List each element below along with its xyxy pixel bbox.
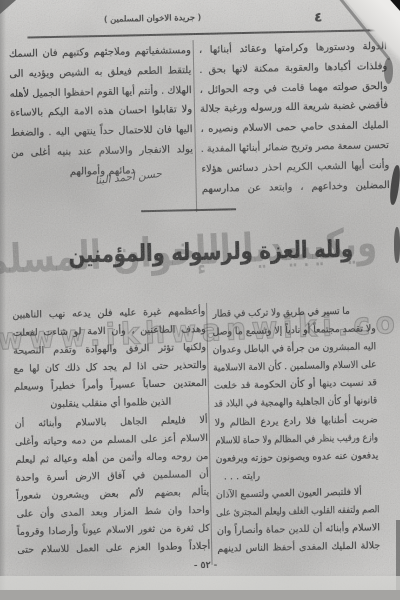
text-line: الصم ولتفقه القلوب الغلف وليعلم المجترئ … (239, 501, 380, 522)
article-main-right-column: ما تسير في طريق ولا تركب في قطارولا تقصد… (212, 302, 380, 559)
section-divider-rule (141, 208, 236, 211)
page-number: ٤ (308, 10, 328, 25)
section-title: ولله العزة ولرسوله والمؤمنين (68, 236, 330, 268)
text-line: يولد الانفجار والاسلام عند بنيه أغلى من (11, 140, 193, 164)
text-line: جلالة المليك المفدى أحفظ الناس لدينهم (217, 538, 380, 560)
text-line: قانونها أو كأن الجاهلية والهمجية في البل… (224, 393, 377, 414)
text-line: تحسن سمعة مصر وتريح ضمائر أبنائها المفدي… (207, 136, 389, 160)
scanned-newspaper-page: ( جريدة الاخوان المسلمين ) ٤ الدولة ودست… (0, 0, 400, 600)
article-top-left-column: ومستشفياتهم وملاجئهم وكتبهم فان السمكيلت… (9, 41, 194, 183)
article-top-right-column: الدولة ودستورها وكرامتها وعقائد أبنائها … (199, 37, 390, 199)
column-divider-top (193, 40, 198, 212)
text-line: يدفعون عنه عدوه ويصونون حوزته ويرفعون (223, 447, 379, 468)
text-line: المضلين وخداعهم ، وابتعد عن مدارسهم (201, 176, 389, 200)
text-line: على الاسلام والمسلمين . كأن الامة الاسلا… (226, 357, 376, 378)
masthead-cartouche: ( جريدة الاخوان المسلمين ) (104, 12, 186, 24)
text-line: أجلاداً وطدوا العزم على العمل للاسلام حت… (17, 538, 210, 560)
folio-number: - ٥٢ - (173, 559, 237, 571)
text-line: الهلاك . وأنتم أيها القوم احفظوا الجميل … (11, 81, 191, 105)
header-rule (27, 29, 387, 38)
page-content: ( جريدة الاخوان المسلمين ) ٤ الدولة ودست… (0, 0, 400, 600)
article-main-left-column: وأعظمهم غيرة عليه فلن يدعه نهب الناهبينو… (12, 303, 210, 560)
